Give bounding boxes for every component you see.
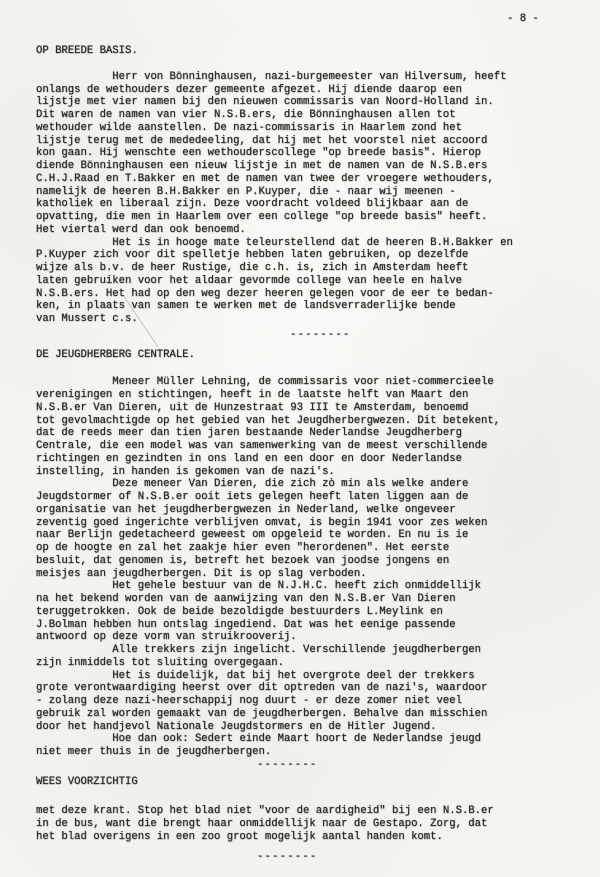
section-de-jeugdherberg-centrale: DE JEUGDHERBERG CENTRALE. Meneer Müller … bbox=[36, 349, 576, 772]
paragraph: met deze krant. Stop het blad niet "voor… bbox=[36, 805, 576, 843]
section-heading: WEES VOORZICHTIG bbox=[36, 776, 576, 789]
paragraph: Hoe dan ook: Sedert einde Maart hoort de… bbox=[36, 733, 576, 759]
document-page: - 8 - OP BREEDE BASIS. Herr von Bönningh… bbox=[0, 0, 600, 877]
section-separator: -------- bbox=[257, 759, 317, 772]
paragraph: Meneer Müller Lehning, de commissaris vo… bbox=[36, 376, 576, 478]
paragraph: Het is duidelijk, dat bij het overgrote … bbox=[36, 670, 576, 734]
section-separator: -------- bbox=[290, 329, 350, 342]
section-op-breede-basis: OP BREEDE BASIS. Herr von Bönninghausen,… bbox=[36, 45, 576, 342]
document-content: OP BREEDE BASIS. Herr von Bönninghausen,… bbox=[36, 45, 576, 863]
section-separator: -------- bbox=[257, 851, 317, 864]
section-heading: OP BREEDE BASIS. bbox=[36, 45, 576, 58]
paragraph: Het is in hooge mate teleurstellend dat … bbox=[36, 237, 576, 326]
section-wees-voorzichtig: WEES VOORZICHTIG met deze krant. Stop he… bbox=[36, 776, 576, 864]
paragraph: Deze meneer Van Dieren, die zich zò min … bbox=[36, 478, 576, 580]
page-number: - 8 - bbox=[507, 13, 539, 26]
paragraph: Herr von Bönninghausen, nazi-burgemeeste… bbox=[36, 71, 576, 237]
section-heading: DE JEUGDHERBERG CENTRALE. bbox=[36, 349, 576, 362]
paragraph: Alle trekkers zijn ingelicht. Verschille… bbox=[36, 644, 576, 670]
